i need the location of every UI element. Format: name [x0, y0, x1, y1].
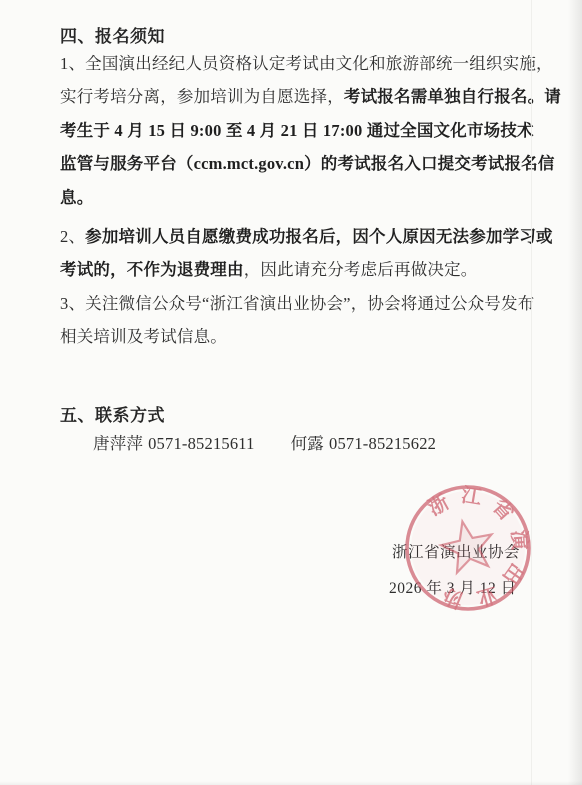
text-line: 考试的，不作为退费理由，因此请充分考虑后再做决定。	[60, 253, 560, 286]
document-page: 四、报名须知 1、全国演出经纪人员资格认定考试由文化和旅游部统一组织实施，实行考…	[0, 0, 582, 785]
text-line: 相关培训及考试信息。	[60, 320, 560, 353]
text-line: 2、参加培训人员自愿缴费成功报名后，因个人原因无法参加学习或	[60, 220, 560, 253]
text-line: 1、全国演出经纪人员资格认定考试由文化和旅游部统一组织实施，	[60, 47, 560, 80]
scan-fold-line	[531, 0, 532, 785]
text-line: 考生于 4 月 15 日 9:00 至 4 月 21 日 17:00 通过全国文…	[60, 114, 560, 147]
section-heading-registration: 四、报名须知	[60, 22, 165, 47]
contact-line: 唐萍萍0571-85215611何露0571-85215622	[93, 430, 436, 454]
section-heading-contact: 五、联系方式	[60, 401, 165, 426]
official-seal-stamp: 浙江省演出业协会	[402, 482, 534, 614]
scan-right-edge-shadow	[568, 0, 582, 785]
paragraph-registration-3: 3、关注微信公众号“浙江省演出业协会”，协会将通过公众号发布相关培训及考试信息。	[60, 287, 560, 354]
contact-phone-2: 0571-85215622	[329, 434, 436, 453]
text-line: 3、关注微信公众号“浙江省演出业协会”，协会将通过公众号发布	[60, 287, 560, 320]
contact-name-2: 何露	[291, 434, 324, 453]
contact-phone-1: 0571-85215611	[148, 434, 254, 453]
text-line: 息。	[60, 181, 560, 214]
scan-bottom-edge-shadow	[0, 781, 582, 785]
text-line: 实行考培分离，参加培训为自愿选择，考试报名需单独自行报名。请	[60, 80, 560, 113]
contact-name-1: 唐萍萍	[93, 434, 143, 453]
text-line: 监管与服务平台（ccm.mct.gov.cn）的考试报名入口提交考试报名信	[60, 147, 560, 180]
paragraph-registration-1: 1、全国演出经纪人员资格认定考试由文化和旅游部统一组织实施，实行考培分离，参加培…	[60, 47, 560, 214]
paragraph-registration-2: 2、参加培训人员自愿缴费成功报名后，因个人原因无法参加学习或考试的，不作为退费理…	[60, 220, 560, 287]
